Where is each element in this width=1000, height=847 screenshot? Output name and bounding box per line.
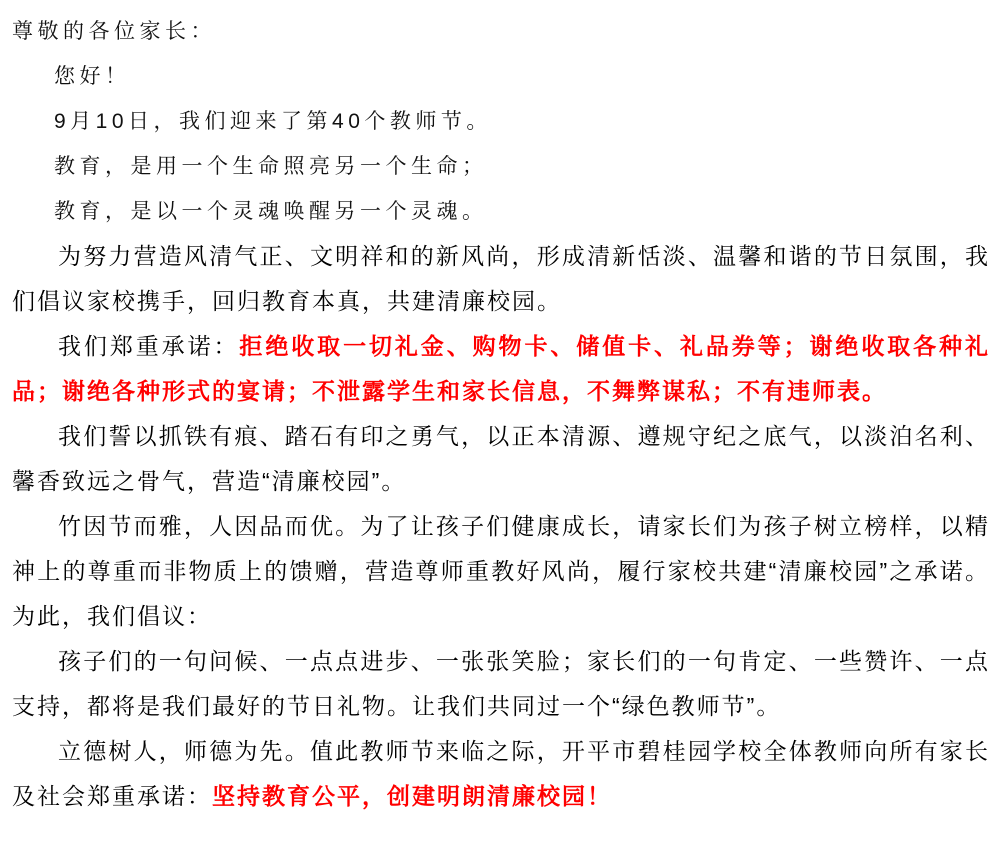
paragraph-gift: 孩子们的一句问候、一点点进步、一张张笑脸；家长们的一句肯定、一些赞许、一点支持，… <box>12 639 990 729</box>
opening-line-teachers-day: 9月10日，我们迎来了第40个教师节。 <box>12 99 990 144</box>
salutation: 尊敬的各位家长： <box>12 9 990 54</box>
paragraph-closing: 立德树人，师德为先。值此教师节来临之际，开平市碧桂园学校全体教师向所有家长及社会… <box>12 729 990 819</box>
paragraph-promise: 我们郑重承诺：拒绝收取一切礼金、购物卡、储值卡、礼品券等；谢绝收取各种礼品；谢绝… <box>12 324 990 414</box>
opening-line-education-life: 教育，是用一个生命照亮另一个生命； <box>12 144 990 189</box>
opening-line-education-soul: 教育，是以一个灵魂唤醒另一个灵魂。 <box>12 189 990 234</box>
closing-emphasis-text: 坚持教育公平，创建明朗清廉校园！ <box>212 783 612 809</box>
paragraph-resolve: 我们誓以抓铁有痕、踏石有印之勇气，以正本清源、遵规守纪之底气，以淡泊名利、馨香致… <box>12 414 990 504</box>
paragraph-appeal: 竹因节而雅，人因品而优。为了让孩子们健康成长，请家长们为孩子树立榜样，以精神上的… <box>12 504 990 639</box>
greeting-line: 您好！ <box>12 54 990 99</box>
paragraph-initiative: 为努力营造风清气正、文明祥和的新风尚，形成清新恬淡、温馨和谐的节日氛围，我们倡议… <box>12 234 990 324</box>
promise-lead-text: 我们郑重承诺： <box>58 333 239 359</box>
letter-document: 尊敬的各位家长： 您好！ 9月10日，我们迎来了第40个教师节。 教育，是用一个… <box>0 0 1000 839</box>
